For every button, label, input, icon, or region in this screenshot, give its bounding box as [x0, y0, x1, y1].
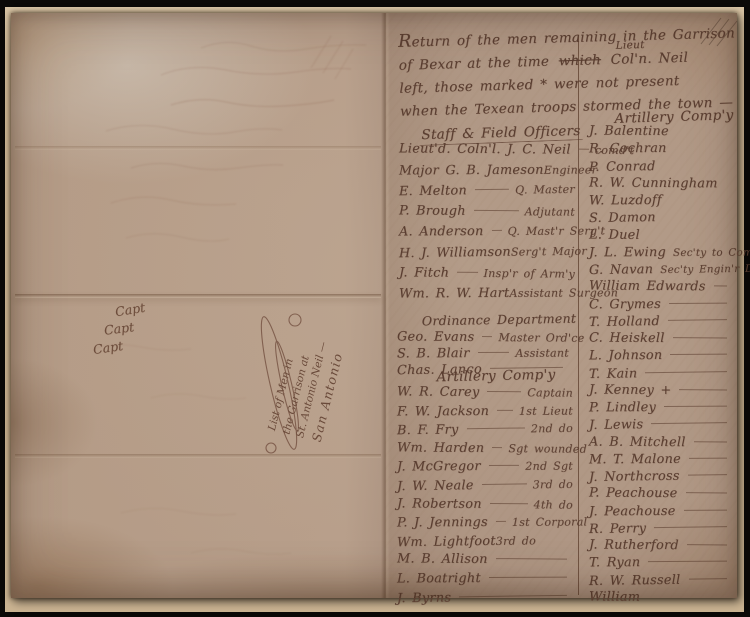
roster-row: Wm. Harden Sgt wounded [397, 440, 573, 460]
pen-trial-word: Capt [114, 300, 146, 320]
roster-row: J. Lewis [589, 416, 733, 435]
roster-row: J. W. Neale 3rd do [397, 477, 573, 498]
fold-crease-lower [15, 454, 381, 458]
person-name: William [589, 589, 640, 604]
person-name: A. B. Mitchell [589, 434, 686, 450]
person-name: S. B. Blair [397, 346, 470, 361]
dash-line [496, 521, 506, 522]
roster-row: E. Melton Q. Master [399, 182, 575, 205]
person-name: J. W. Neale [397, 478, 474, 494]
person-name: T. Ryan [589, 555, 640, 570]
dash-line [673, 337, 727, 338]
staff-officer-list: Lieut'd. Coln'l. J. C. Neil comd't Major… [399, 142, 575, 307]
person-name: J. Balentine [589, 123, 669, 139]
person-name: J. Kenney + [589, 382, 672, 398]
rank-note: Sec'ty Engin'r Dept [660, 262, 750, 276]
ordnance-list: Geo. Evans Master Ord'ce S. B. Blair Ass… [397, 330, 569, 379]
person-name: Wm. Harden [397, 440, 484, 456]
roster-row: P. Brough Adjutant [399, 203, 575, 225]
person-name: M. B. Allison [397, 552, 488, 568]
roster-row: L. Duel [589, 227, 733, 245]
person-name: A. Anderson [399, 224, 484, 239]
roster-row: Geo. Evans Master Ord'ce [397, 329, 569, 346]
roster-row: R. Perry [589, 520, 733, 539]
person-name: Wm. R. W. Hart [399, 286, 510, 302]
person-name: L. Johnson [589, 348, 663, 363]
person-name: J. Robertson [397, 496, 482, 512]
roster-row: G. Navan Sec'ty Engin'r Dept [589, 261, 733, 280]
roster-row: H. J. Williamson Serg't Major [399, 244, 575, 267]
roster-row: M. B. Allison [397, 552, 573, 572]
person-name: R. Perry [589, 521, 646, 537]
section-title-ordnance: Ordinance Department [413, 311, 585, 329]
person-name: T. Holland [589, 314, 660, 330]
rank-note: 2nd Sgt [525, 460, 573, 473]
person-name: L. Boatright [397, 571, 481, 586]
rank-note: Insp'r of Arm'y [484, 267, 576, 281]
person-name: T. Kain [589, 366, 638, 382]
person-name: L. Duel [589, 227, 640, 242]
roster-row: T. Kain [589, 364, 733, 383]
center-fold [381, 13, 390, 598]
roster-row: P. J. Jennings 1st Corporal [397, 515, 573, 535]
person-name: C. Grymes [589, 297, 661, 312]
rank-note: Captain [527, 386, 573, 399]
roster-row: William [589, 589, 733, 607]
person-name: H. J. Williamson [399, 245, 511, 262]
dash-line [669, 302, 727, 303]
rank-note: 1st Corporal [512, 516, 588, 529]
person-name: C. Heiskell [589, 330, 665, 346]
dash-line [459, 594, 567, 597]
dash-line [474, 210, 519, 211]
roster-row: A. Anderson Q. Mast'r Serg't [399, 224, 575, 246]
person-name: Lieut'd. Coln'l. J. C. Neil [399, 141, 571, 157]
person-name: J. McGregor [397, 459, 481, 474]
pen-trial-word: Capt [92, 338, 124, 357]
scanned-document: Capt Capt Capt List of Men in the Garris… [0, 0, 750, 617]
dash-line [684, 509, 727, 510]
dash-line [496, 558, 567, 559]
person-name: S. Damon [589, 210, 656, 226]
person-name: R. Cochran [589, 141, 667, 156]
struck-word: which [558, 52, 601, 69]
dash-line [654, 526, 727, 528]
rank-note: 3rd do [496, 534, 536, 548]
rank-note: Assistant [515, 347, 569, 360]
person-name: J. Northcross [589, 469, 680, 485]
roster-row: P. Lindley [589, 400, 733, 418]
dash-line [489, 465, 520, 466]
dash-line [457, 271, 477, 272]
fold-crease-upper [15, 146, 381, 150]
roster-row: C. Grymes [589, 296, 733, 314]
person-name: P. J. Jennings [397, 515, 488, 530]
dash-line [466, 428, 524, 430]
roster-row: W. Luzdoff [589, 193, 733, 211]
dash-line [686, 492, 728, 493]
dash-line [679, 389, 727, 390]
heading-line-2-pre: of Bexar at the time [399, 53, 550, 73]
dash-line [688, 578, 727, 580]
person-name: R. W. Russell [589, 572, 681, 588]
roster-row: F. W. Jackson 1st Lieut [397, 403, 573, 423]
roster-row: J. Rutherford [589, 537, 733, 555]
person-name: M. T. Malone [589, 452, 681, 467]
roster-row: T. Ryan [589, 555, 733, 573]
roster-row: P. Conrad [589, 157, 733, 176]
dash-line [482, 483, 527, 485]
dash-line [478, 352, 510, 353]
rank-note: 3rd do [533, 478, 573, 492]
roster-row: J. McGregor 2nd Sgt [397, 459, 573, 479]
person-name: F. W. Jackson [397, 404, 489, 419]
roster-row: Wm. Lightfoot 3rd do [397, 533, 573, 554]
roster-row: J. L. Ewing Sec'ty to Comd't [589, 244, 733, 262]
roster-row: A. B. Mitchell [589, 434, 733, 452]
person-name: J. Lewis [589, 417, 644, 433]
dash-line [694, 441, 727, 442]
dash-line [579, 149, 589, 150]
person-name: P. Lindley [589, 400, 656, 415]
dash-line [689, 457, 727, 458]
roster-row: B. F. Fry 2nd do [397, 421, 573, 442]
rank-note: 2nd do [531, 422, 573, 436]
roster-row: J. Northcross [589, 468, 733, 487]
person-name: J. L. Ewing [589, 245, 666, 260]
person-name: William Edwards [589, 279, 706, 295]
person-name: Geo. Evans [397, 329, 475, 345]
roster-row: Lieut'd. Coln'l. J. C. Neil comd't [399, 141, 575, 163]
dash-line [492, 230, 502, 231]
inserted-word: Lieut [615, 33, 645, 56]
person-name: Chas. Lanco [397, 362, 482, 378]
dash-line [489, 577, 567, 578]
rank-note: Q. Master [515, 183, 575, 197]
roster-row: Major G. B. Jameson Engineer [399, 162, 575, 184]
roster-row: J. Kenney + [589, 382, 733, 400]
person-name: Wm. Lightfoot [397, 534, 496, 550]
rank-note: 1st Lieut [519, 404, 573, 417]
roster-row: C. Heiskell [589, 330, 733, 348]
rank-note: Adjutant [525, 205, 575, 218]
dash-line [668, 319, 727, 321]
person-name: G. Navan [589, 262, 653, 278]
roster-row: R. Cochran [589, 141, 733, 159]
roster-row: P. Peachouse [589, 486, 733, 504]
person-name: R. W. Cunningham [589, 175, 718, 191]
roster-row: J. Fitch Insp'r of Arm'y [399, 265, 575, 287]
dash-line [490, 503, 528, 504]
dash-line [487, 391, 521, 392]
dash-line [645, 371, 727, 373]
roster-row: Wm. R. W. Hart Assistant Surgeon [399, 286, 575, 308]
manuscript-paper: Capt Capt Capt List of Men in the Garris… [11, 13, 737, 598]
pen-trial-word: Capt [103, 319, 135, 338]
roster-row: W. R. Carey Captain [397, 384, 573, 404]
dash-line [651, 422, 727, 424]
artillery-company-list-right: J. Balentine R. Cochran P. Conrad R. W. … [589, 124, 733, 607]
roster-row: J. Byrns [397, 588, 573, 609]
person-name: J. Rutherford [589, 537, 679, 553]
dash-line [475, 189, 509, 190]
dash-line [492, 447, 502, 448]
person-name: B. F. Fry [397, 423, 459, 439]
person-name: J. Fitch [399, 265, 449, 280]
rank-note: Sgt wounded [508, 442, 587, 456]
dash-line [482, 336, 492, 337]
roster-row: J. Balentine [589, 123, 733, 141]
person-name: P. Brough [399, 203, 466, 218]
roster-row: L. Boatright [397, 570, 573, 590]
person-name: P. Peachouse [589, 486, 678, 502]
roster-row: T. Holland [589, 313, 733, 332]
person-name: W. R. Carey [397, 384, 480, 400]
dash-line [490, 367, 563, 369]
roster-row: S. Damon [589, 209, 733, 228]
roster-row: Chas. Lanco [397, 361, 569, 380]
person-name: P. Conrad [589, 159, 656, 175]
artillery-company-list-left: W. R. Carey Captain F. W. Jackson 1st Li… [397, 385, 573, 608]
person-name: Major G. B. Jameson [399, 162, 544, 178]
roster-row: L. Johnson [589, 348, 733, 366]
person-name: J. Peachouse [589, 503, 676, 518]
dash-line [670, 354, 727, 355]
roster-row: J. Peachouse [589, 503, 733, 521]
dash-line [664, 406, 727, 407]
dash-line [497, 409, 513, 410]
dash-line [648, 561, 727, 562]
dash-line [687, 544, 727, 545]
roster-row: R. W. Russell [589, 571, 733, 590]
roster-row: R. W. Cunningham [589, 175, 733, 193]
person-name: W. Luzdoff [589, 193, 662, 208]
person-name: E. Melton [399, 183, 467, 199]
rank-note: Serg't Major [511, 245, 587, 259]
dash-line [688, 474, 727, 476]
roster-row: J. Robertson 4th do [397, 496, 573, 516]
roster-row: M. T. Malone [589, 451, 733, 469]
rank-note: Sec'ty to Comd't [673, 246, 750, 258]
person-name: J. Byrns [397, 590, 451, 606]
rank-note: 4th do [533, 498, 573, 511]
rank-note: Master Ord'ce [498, 331, 584, 345]
roster-row: William Edwards [589, 279, 733, 297]
dash-line [714, 286, 727, 287]
